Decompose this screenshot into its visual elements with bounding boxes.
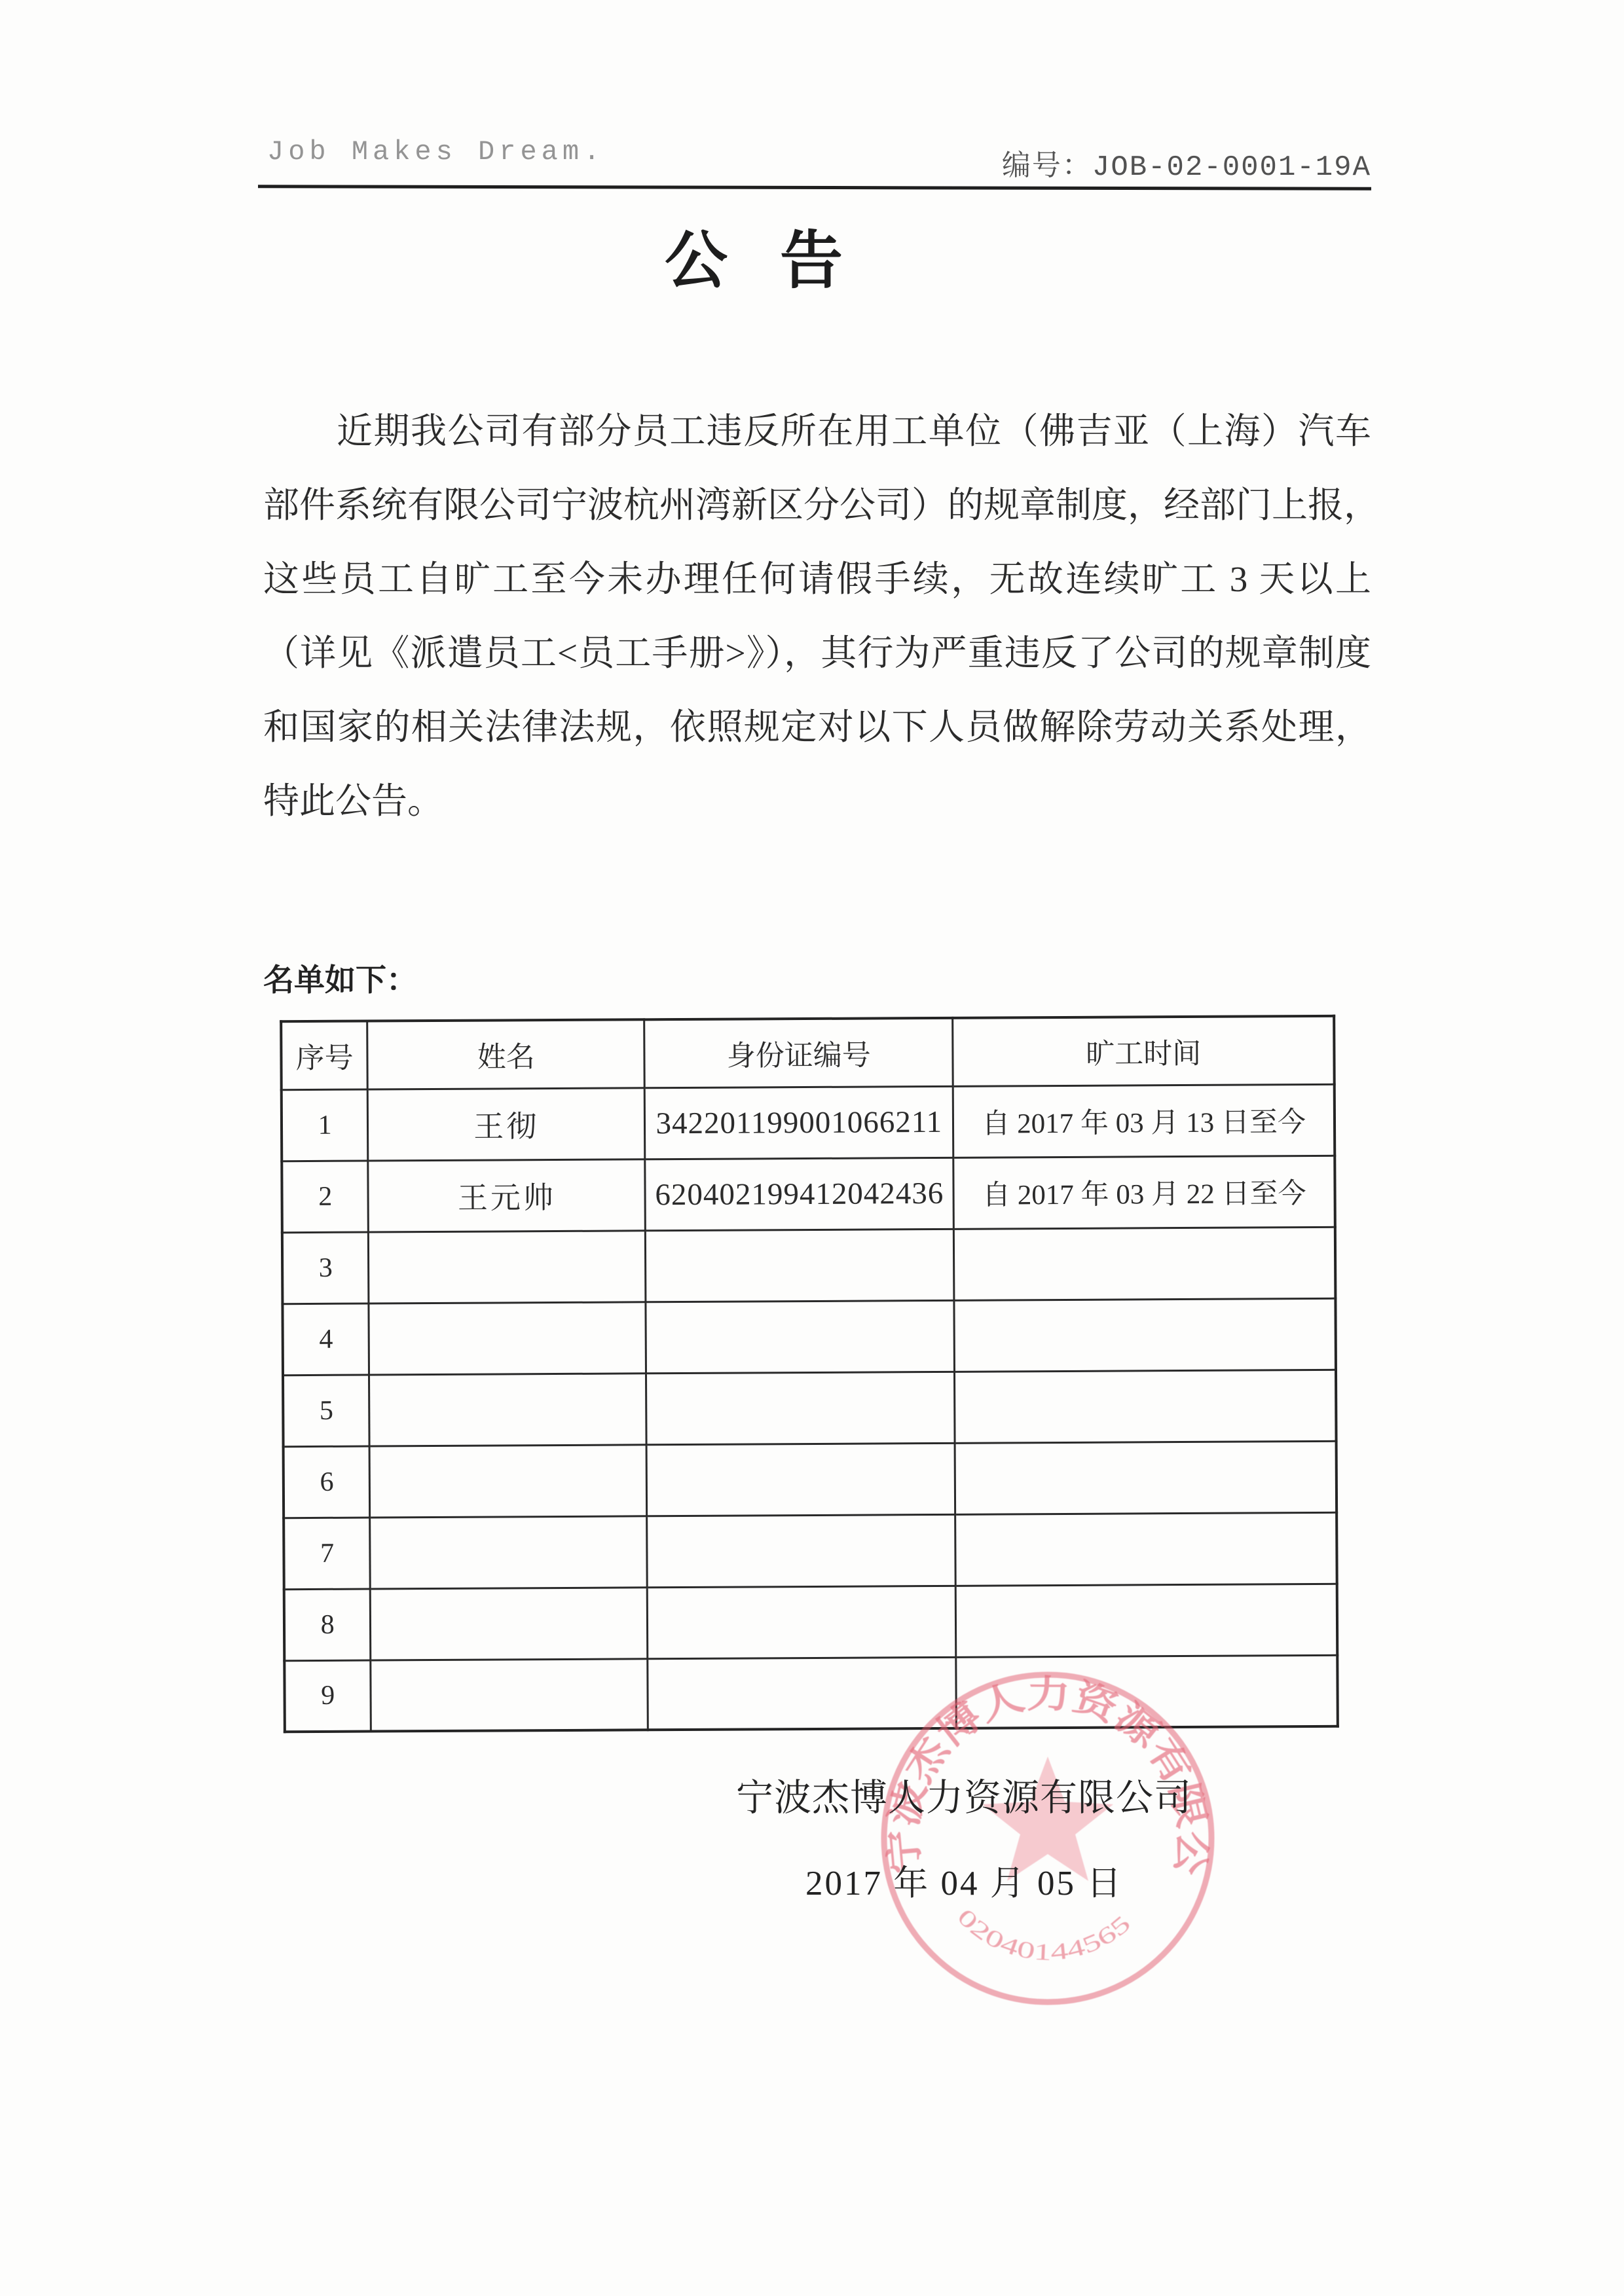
header-divider: [258, 185, 1371, 191]
cell-no: 5: [283, 1375, 369, 1447]
table-row: 6: [284, 1441, 1337, 1518]
body-line: 近期我公司有部分员工违反所在用工单位（佛吉亚（上海）汽车: [263, 394, 1371, 468]
list-label: 名单如下：: [263, 956, 417, 1000]
svg-text:02040144565: 02040144565: [952, 1903, 1135, 1965]
table-row: 8: [284, 1584, 1338, 1660]
cell-id: 620402199412042436: [645, 1157, 954, 1230]
cell-id: [646, 1229, 955, 1302]
cell-no: 2: [282, 1161, 368, 1233]
cell-id: [647, 1514, 956, 1587]
table-row: 1 王彻 342201199001066211 自 2017 年 03 月 13…: [282, 1084, 1335, 1161]
document-page: Job Makes Dream. 编号：JOB-02-0001-19A 公 告 …: [0, 0, 1624, 2296]
table-row: 4: [282, 1298, 1336, 1375]
cell-no: 7: [284, 1518, 370, 1590]
cell-no: 6: [284, 1446, 370, 1518]
cell-period: [954, 1227, 1336, 1300]
cell-no: 4: [282, 1303, 369, 1376]
cell-no: 3: [282, 1232, 369, 1304]
cell-name: 王元帅: [368, 1159, 645, 1231]
cell-name: [370, 1516, 647, 1588]
absence-table: 序号 姓名 身份证编号 旷工时间 1 王彻 342201199001066211…: [280, 1015, 1339, 1733]
body-line: 和国家的相关法律法规，依照规定对以下人员做解除劳动关系处理，: [263, 690, 1371, 764]
col-header-period: 旷工时间: [953, 1016, 1335, 1086]
signature-company: 宁波杰博人力资源有限公司: [736, 1768, 1192, 1821]
cell-period: [954, 1298, 1336, 1372]
table-row: 7: [284, 1512, 1337, 1589]
cell-name: [369, 1302, 646, 1374]
cell-name: [371, 1587, 648, 1660]
cell-no: 9: [284, 1660, 371, 1732]
col-header-id: 身份证编号: [644, 1018, 953, 1087]
signature-date: 2017 年 04 月 05 日: [805, 1855, 1123, 1905]
company-seal: 宁波杰博人力资源有限公司 02040144565: [876, 1667, 1219, 2010]
cell-id: [647, 1586, 956, 1658]
col-header-name: 姓名: [367, 1019, 644, 1089]
cell-period: [955, 1441, 1337, 1514]
body-line: 部件系统有限公司宁波杭州湾新区分公司）的规章制度，经部门上报，: [263, 468, 1371, 542]
cell-period: 自 2017 年 03 月 22 日至今: [953, 1156, 1335, 1229]
cell-period: [955, 1370, 1337, 1443]
cell-period: [955, 1512, 1337, 1586]
cell-id: [646, 1443, 955, 1516]
cell-no: 1: [282, 1089, 368, 1161]
cell-no: 8: [284, 1589, 371, 1661]
table-row: 5: [283, 1370, 1337, 1446]
body-line: （详见《派遣员工<员工手册>》），其行为严重违反了公司的规章制度: [263, 616, 1371, 690]
cell-id: [646, 1372, 955, 1444]
table-header-row: 序号 姓名 身份证编号 旷工时间: [281, 1016, 1335, 1089]
body-line: 特此公告。: [263, 764, 1371, 838]
cell-name: [369, 1230, 646, 1303]
table-row: 2 王元帅 620402199412042436 自 2017 年 03 月 2…: [282, 1156, 1335, 1232]
cell-id: [646, 1300, 955, 1373]
cell-name: 王彻: [368, 1087, 645, 1160]
cell-name: [369, 1444, 646, 1517]
cell-id: 342201199001066211: [644, 1086, 953, 1159]
seal-code-text: 02040144565: [952, 1903, 1135, 1965]
cell-name: [369, 1373, 646, 1446]
header-doc-number: 编号：JOB-02-0001-19A: [1002, 141, 1371, 184]
table-row: 3: [282, 1227, 1336, 1303]
cell-name: [371, 1658, 648, 1731]
header-slogan: Job Makes Dream.: [267, 136, 604, 168]
col-header-no: 序号: [281, 1021, 367, 1090]
body-line: 这些员工自旷工至今未办理任何请假手续，无故连续旷工 3 天以上: [263, 542, 1371, 616]
announcement-body: 近期我公司有部分员工违反所在用工单位（佛吉亚（上海）汽车 部件系统有限公司宁波杭…: [263, 394, 1371, 838]
cell-period: 自 2017 年 03 月 13 日至今: [953, 1084, 1335, 1157]
page-title: 公 告: [49, 211, 1477, 301]
cell-period: [956, 1584, 1338, 1657]
